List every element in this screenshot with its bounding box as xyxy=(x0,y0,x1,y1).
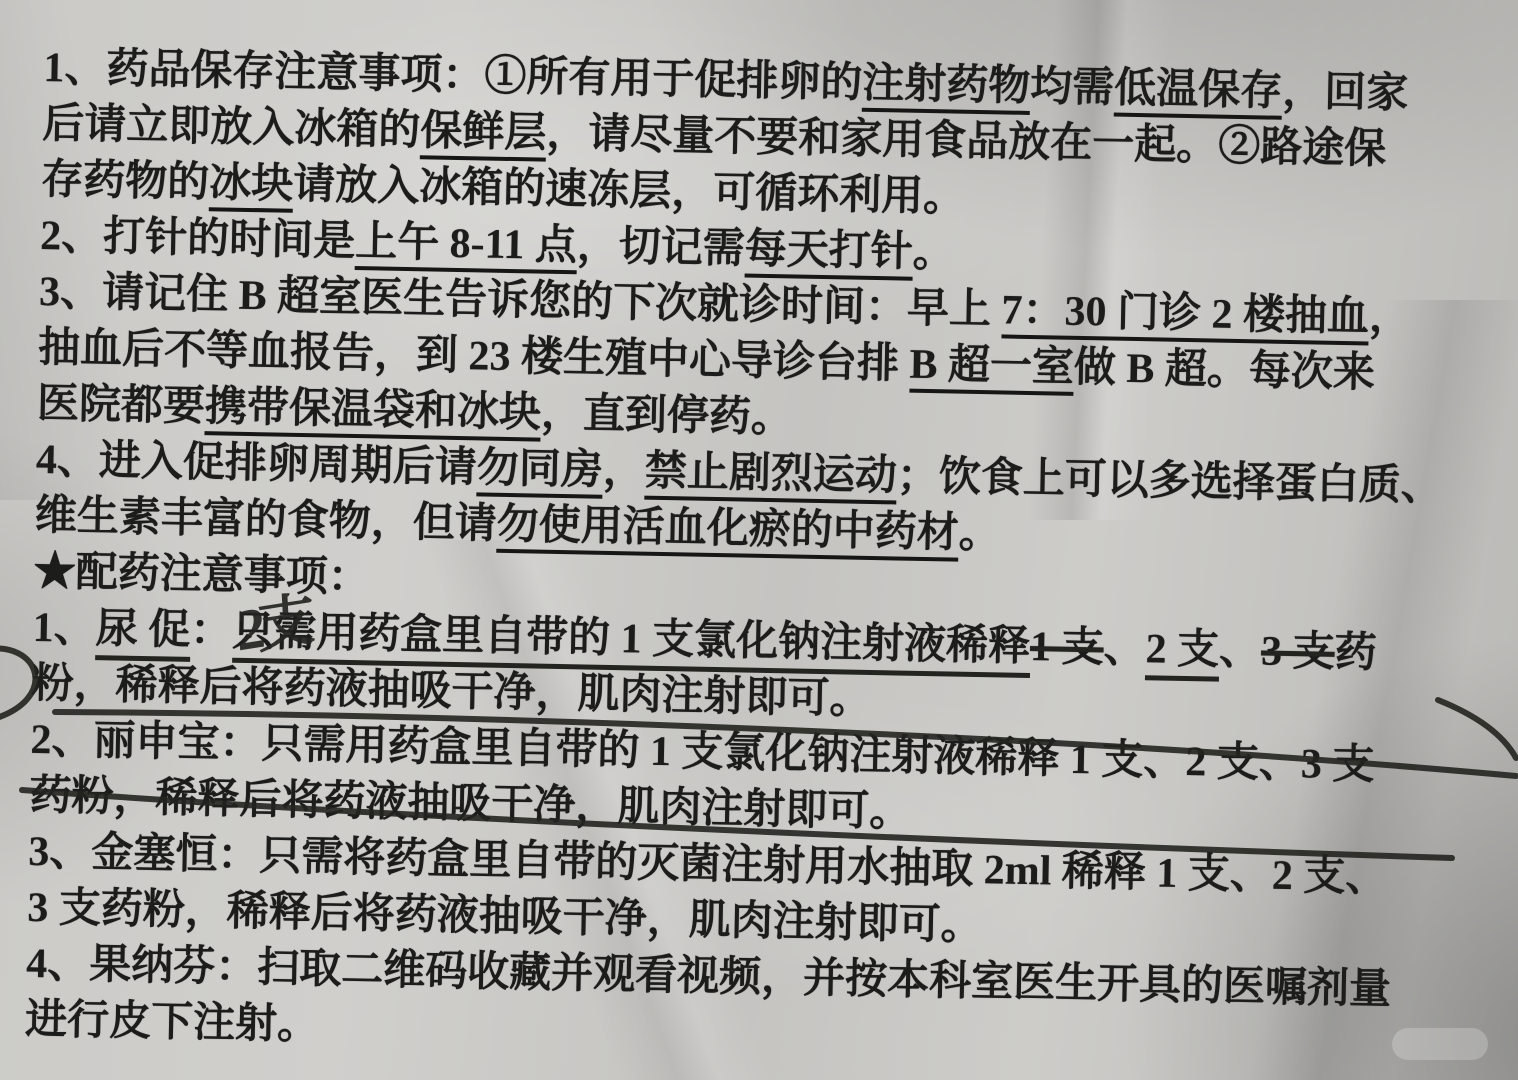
text-segment: ，切记需 xyxy=(576,223,745,272)
text-segment: 请放入冰箱的速冻层，可循环利用。 xyxy=(293,162,966,221)
hand-circle-left-margin xyxy=(0,648,35,720)
text-segment: 2、打针的时间是 xyxy=(40,213,356,265)
handwritten-note: 2支 xyxy=(234,572,309,667)
text-segment: ★配药注意事项： xyxy=(33,549,370,601)
text-segment: 、 xyxy=(1103,625,1146,672)
underlined-text: 勿使用活血化瘀的中药材 xyxy=(496,502,959,562)
text-segment: 、 xyxy=(1219,628,1262,675)
text-segment: 医院都要 xyxy=(37,381,206,430)
struck-out-text: 3 支 xyxy=(1261,628,1335,675)
text-segment: ， xyxy=(602,448,645,495)
underlined-text: 携带保温袋和冰块 xyxy=(204,384,541,441)
underlined-text: 注射药物 xyxy=(862,61,1031,115)
underlined-text: 禁止剧烈运动 xyxy=(644,449,897,505)
watermark xyxy=(1392,1028,1488,1060)
text-segment: 4、进入促排卵周期后请 xyxy=(35,437,477,491)
text-segment: ， xyxy=(1369,294,1412,341)
text-segment: 存药物的 xyxy=(41,157,210,206)
underlined-text: 冰块 xyxy=(209,160,294,213)
underlined-text: 保鲜层 xyxy=(420,108,547,161)
hand-underlined-text: 2 支 xyxy=(1145,626,1220,681)
text-segment: ；饮食上可以多选择蛋白质、 xyxy=(896,453,1443,509)
text-segment: ： xyxy=(190,608,233,655)
underlined-text: B 超一室 xyxy=(909,342,1074,396)
text-segment: ，回家 xyxy=(1282,69,1409,117)
underlined-text: 勿同房 xyxy=(476,445,603,498)
text-segment: 1、 xyxy=(32,605,96,652)
text-segment: 后请立即放入冰箱的 xyxy=(42,101,421,154)
text-segment: 均需 xyxy=(1030,64,1115,112)
text-segment: 做 B 超。每次来 xyxy=(1073,345,1375,397)
struck-out-text: 1 支 xyxy=(1030,624,1104,671)
underlined-text: 上午 8-11 点 xyxy=(355,219,578,274)
paper-photo: 1、药品保存注意事项：①所有用于促排卵的注射药物均需低温保存，回家后请立即放入冰… xyxy=(0,0,1518,1080)
underlined-text: 低温保存 xyxy=(1114,66,1283,120)
document-text: 1、药品保存注意事项：①所有用于促排卵的注射药物均需低温保存，回家后请立即放入冰… xyxy=(25,40,1494,1076)
text-segment: ，直到停药。 xyxy=(541,391,794,442)
text-segment: 维生素丰富的食物，但请 xyxy=(34,493,497,548)
underlined-text: 每天打针 xyxy=(744,226,913,280)
text-segment: 进行皮下注射。 xyxy=(25,997,320,1049)
hand-underlined-text: 尿 促 xyxy=(95,606,191,662)
text-segment: 。 xyxy=(958,511,1001,558)
text-segment: 药 xyxy=(1334,630,1377,677)
text-segment: 。 xyxy=(912,230,955,277)
underlined-text: 7：30 门诊 2 楼抽血 xyxy=(1001,287,1369,345)
